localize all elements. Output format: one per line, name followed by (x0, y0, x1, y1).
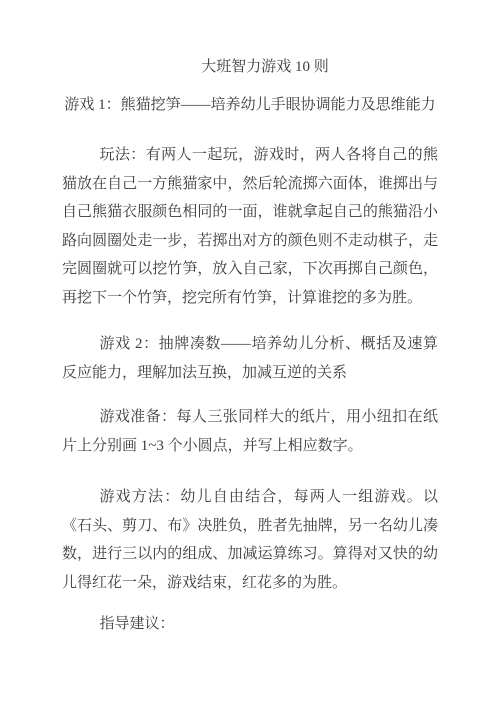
document-page: 大班智力游戏 10 则 游戏 1：熊猫挖笋——培养幼儿手眼协调能力及思维能力 玩… (0, 0, 500, 708)
paragraph-game2-method: 游戏方法：幼儿自由结合，每两人一组游戏。以《石头、剪刀、布》决胜负，胜者先抽牌，… (62, 483, 438, 597)
paragraph-guidance: 指导建议： (62, 610, 438, 639)
paragraph-play-method: 玩法：有两人一起玩，游戏时，两人各将自己的熊猫放在自己一方熊猫家中，然后轮流掷六… (62, 141, 438, 312)
document-title: 大班智力游戏 10 则 (62, 53, 438, 82)
paragraph-game2-preparation: 游戏准备：每人三张同样大的纸片，用小纽扣在纸片上分别画 1~3 个小圆点，并写上… (62, 403, 438, 460)
paragraph-game2-heading: 游戏 2：抽牌凑数——培养幼儿分析、概括及速算反应能力，理解加法互换，加减互逆的… (62, 330, 438, 387)
game1-heading: 游戏 1：熊猫挖笋——培养幼儿手眼协调能力及思维能力 (62, 91, 438, 120)
